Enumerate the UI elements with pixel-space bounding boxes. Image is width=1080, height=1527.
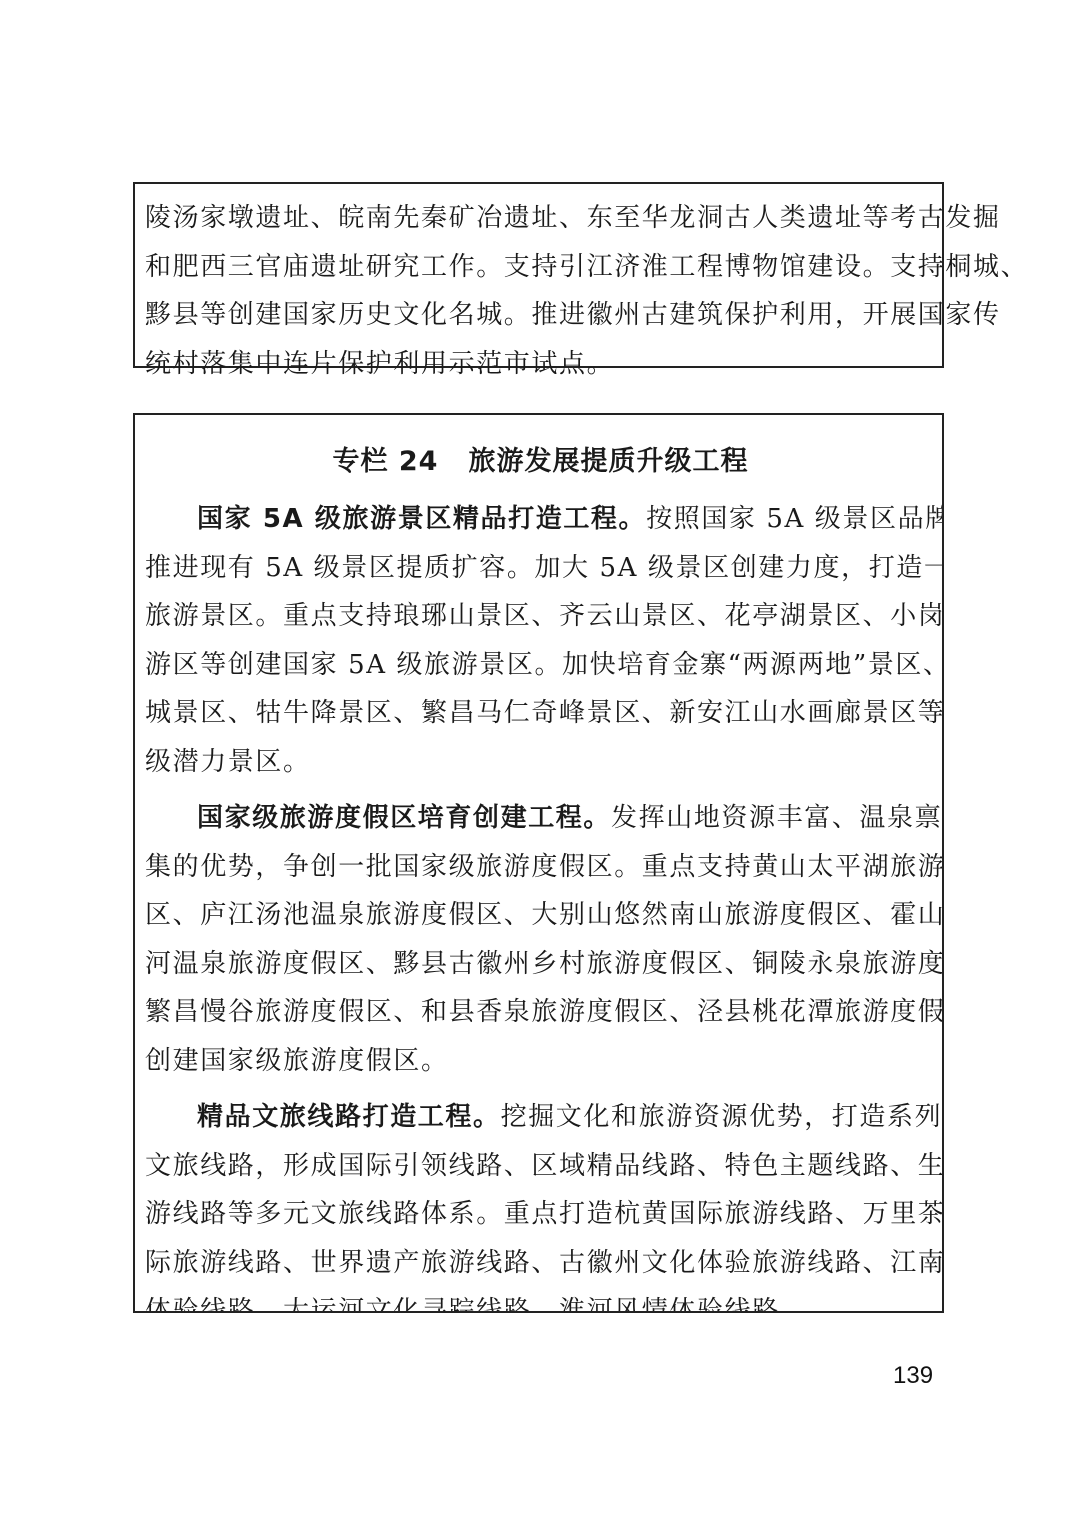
text-line: 河温泉旅游度假区、黟县古徽州乡村旅游度假区、铜陵永泉旅游度假区、 [145, 940, 936, 989]
section-routes: 精品文旅线路打造工程。挖掘文化和旅游资源优势，打造系列精品 文旅线路，形成国际引… [145, 1093, 936, 1313]
text-line: 文旅线路，形成国际引领线路、区域精品线路、特色主题线路、生态旅 [145, 1142, 936, 1191]
box-title: 专栏 24旅游发展提质升级工程 [145, 437, 936, 487]
text-line: 级潜力景区。 [145, 738, 936, 787]
text-line: 黟县等创建国家历史文化名城。推进徽州古建筑保护利用，开展国家传 [145, 291, 936, 340]
section-resort: 国家级旅游度假区培育创建工程。发挥山地资源丰富、温泉禀赋富 集的优势，争创一批国… [145, 794, 936, 1085]
text-line: 推进现有 5A 级景区提质扩容。加大 5A 级景区创建力度，打造一批知名 [145, 544, 936, 593]
text-line: 繁昌慢谷旅游度假区、和县香泉旅游度假区、泾县桃花潭旅游度假区等 [145, 988, 936, 1037]
text-line: 体验线路、大运河文化寻踪线路、淮河风情体验线路。 [145, 1287, 936, 1313]
text-span: 挖掘文化和旅游资源优势，打造系列精品 [501, 1102, 944, 1132]
text-span: 按照国家 5A 级景区品牌标准， [646, 504, 944, 534]
box-title-number: 专栏 24 [333, 446, 439, 477]
text-line: 游区等创建国家 5A 级旅游景区。加快培育金寨“两源两地”景区、寿州古 [145, 641, 936, 690]
text-line: 统村落集中连片保护利用示范市试点。 [145, 340, 936, 389]
text-line: 区、庐江汤池温泉旅游度假区、大别山悠然南山旅游度假区、霍山陡沙 [145, 891, 936, 940]
text-line: 城景区、牯牛降景区、繁昌马仁奇峰景区、新安江山水画廊景区等 5A [145, 689, 936, 738]
continued-text-box: 陵汤家墩遗址、皖南先秦矿冶遗址、东至华龙洞古人类遗址等考古发掘 和肥西三官庙遗址… [133, 182, 944, 368]
section-5a-scenic: 国家 5A 级旅游景区精品打造工程。按照国家 5A 级景区品牌标准， 推进现有 … [145, 495, 936, 786]
text-span: 发挥山地资源丰富、温泉禀赋富 [611, 803, 944, 833]
page-number: 139 [893, 1362, 933, 1390]
section-heading: 国家 5A 级旅游景区精品打造工程。 [197, 504, 646, 534]
text-line: 创建国家级旅游度假区。 [145, 1037, 936, 1086]
section-heading: 国家级旅游度假区培育创建工程。 [197, 803, 611, 833]
text-line: 和肥西三官庙遗址研究工作。支持引江济淮工程博物馆建设。支持桐城、 [145, 243, 936, 292]
text-line: 集的优势，争创一批国家级旅游度假区。重点支持黄山太平湖旅游度假 [145, 843, 936, 892]
box-title-text: 旅游发展提质升级工程 [468, 446, 748, 477]
text-line: 旅游景区。重点支持琅琊山景区、齐云山景区、花亭湖景区、小岗村旅 [145, 592, 936, 641]
section-heading: 精品文旅线路打造工程。 [197, 1102, 501, 1132]
text-line: 陵汤家墩遗址、皖南先秦矿冶遗址、东至华龙洞古人类遗址等考古发掘 [145, 194, 936, 243]
column-24-box: 专栏 24旅游发展提质升级工程 国家 5A 级旅游景区精品打造工程。按照国家 5… [133, 413, 944, 1313]
text-line: 际旅游线路、世界遗产旅游线路、古徽州文化体验旅游线路、江南文化 [145, 1239, 936, 1288]
text-line: 游线路等多元文旅线路体系。重点打造杭黄国际旅游线路、万里茶道国 [145, 1190, 936, 1239]
